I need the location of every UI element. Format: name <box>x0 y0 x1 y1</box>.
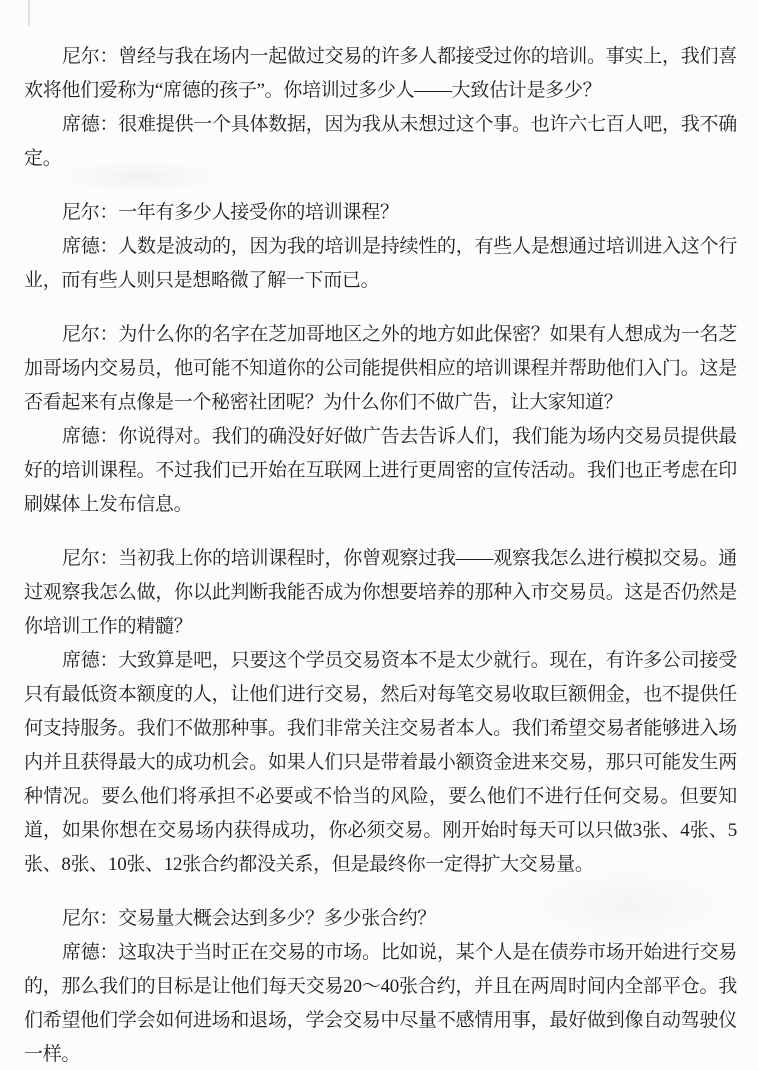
qa-block: 尼尔：曾经与我在场内一起做过交易的许多人都接受过你的培训。事实上，我们喜欢将他们… <box>24 40 737 176</box>
dialogue-answer: 席德：你说得对。我们的确没好好做广告去告诉人们，我们能为场内交易员提供最好的培训… <box>24 420 737 522</box>
dialogue-question: 尼尔：曾经与我在场内一起做过交易的许多人都接受过你的培训。事实上，我们喜欢将他们… <box>24 40 737 108</box>
qa-block: 尼尔：交易量大概会达到多少？多少张合约？ 席德：这取决于当时正在交易的市场。比如… <box>24 902 737 1070</box>
qa-block: 尼尔：一年有多少人接受你的培训课程？ 席德：人数是波动的，因为我的培训是持续性的… <box>24 196 737 298</box>
qa-block: 尼尔：为什么你的名字在芝加哥地区之外的地方如此保密？如果有人想成为一名芝加哥场内… <box>24 318 737 522</box>
book-page: 尼尔：曾经与我在场内一起做过交易的许多人都接受过你的培训。事实上，我们喜欢将他们… <box>0 0 758 1070</box>
scan-line-artifact <box>28 0 30 26</box>
dialogue-question: 尼尔：为什么你的名字在芝加哥地区之外的地方如此保密？如果有人想成为一名芝加哥场内… <box>24 318 737 420</box>
dialogue-answer: 席德：很难提供一个具体数据，因为我从未想过这个事。也许六七百人吧，我不确定。 <box>24 108 737 176</box>
dialogue-question: 尼尔：交易量大概会达到多少？多少张合约？ <box>24 902 737 936</box>
dialogue-question: 尼尔：当初我上你的培训课程时，你曾观察过我——观察我怎么进行模拟交易。通过观察我… <box>24 542 737 644</box>
dialogue-answer: 席德：人数是波动的，因为我的培训是持续性的，有些人是想通过培训进入这个行业，而有… <box>24 230 737 298</box>
dialogue-answer: 席德：这取决于当时正在交易的市场。比如说，某个人是在债券市场开始进行交易的，那么… <box>24 936 737 1070</box>
qa-block: 尼尔：当初我上你的培训课程时，你曾观察过我——观察我怎么进行模拟交易。通过观察我… <box>24 542 737 882</box>
dialogue-answer: 席德：大致算是吧，只要这个学员交易资本不是太少就行。现在，有许多公司接受只有最低… <box>24 644 737 882</box>
dialogue-question: 尼尔：一年有多少人接受你的培训课程？ <box>24 196 737 230</box>
